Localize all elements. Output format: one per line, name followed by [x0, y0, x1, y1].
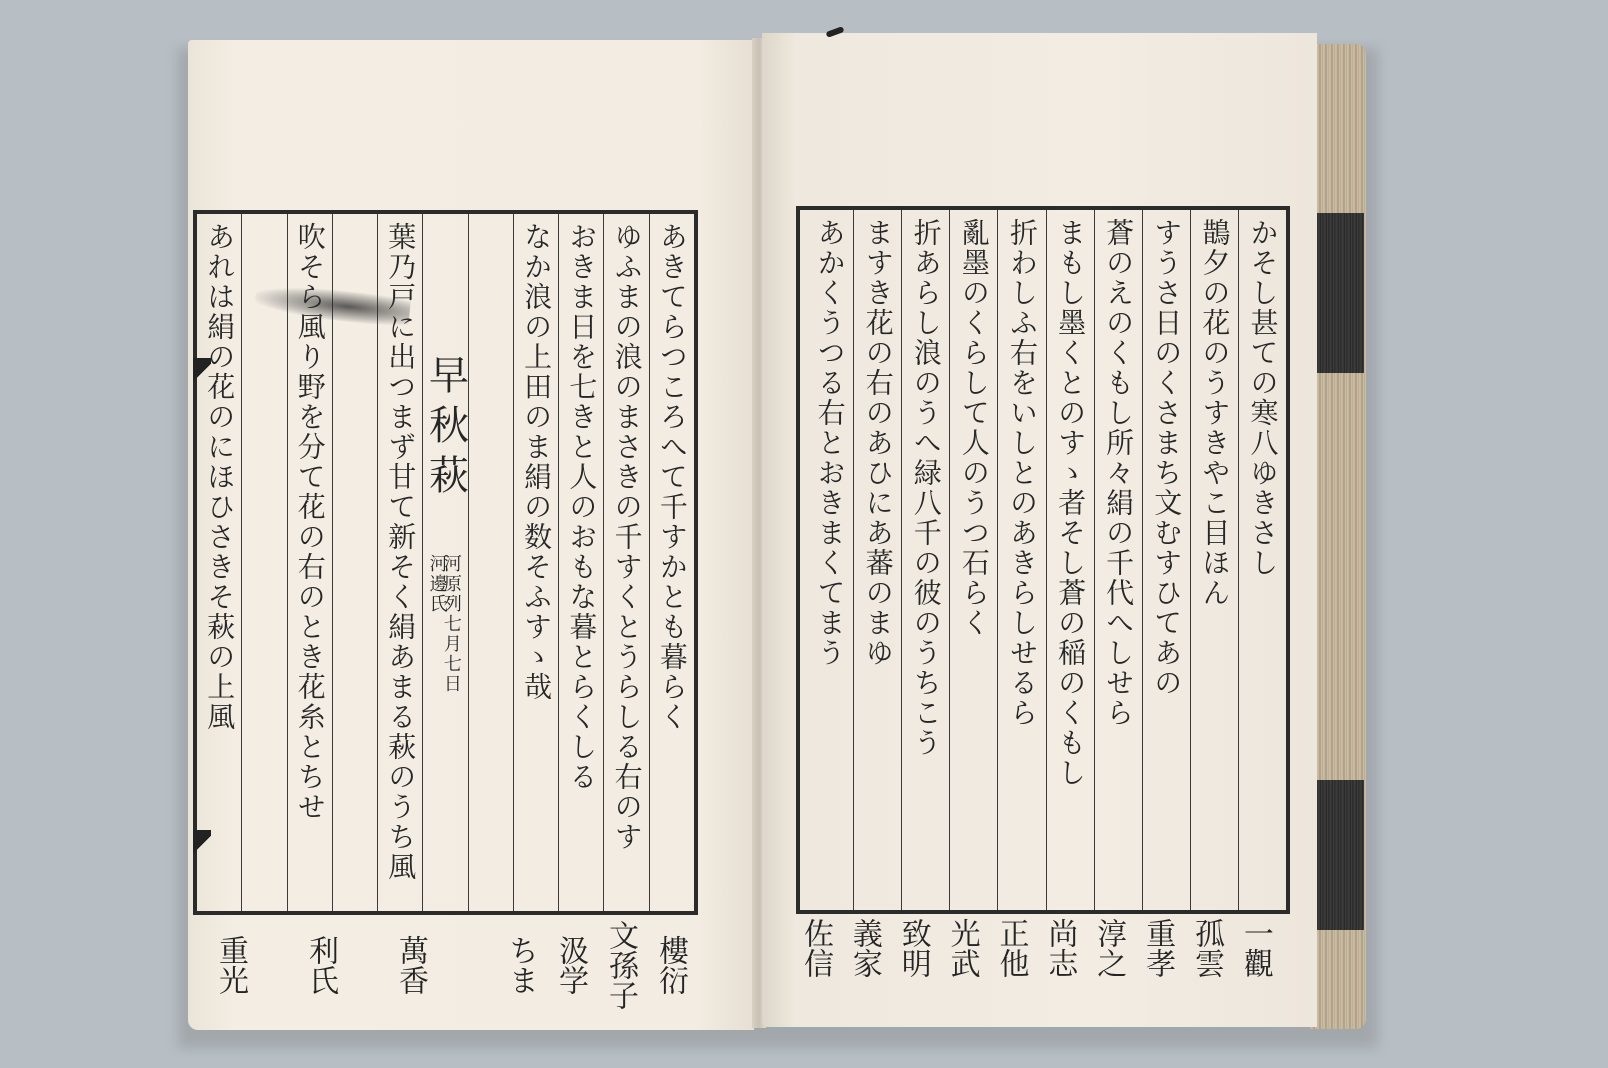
right-col-1: かそし甚ての寒八ゆきさし	[1238, 210, 1286, 910]
left-frame-notch	[193, 358, 211, 388]
left-frame-notch-bottom	[193, 830, 211, 860]
poem-subtitle-2: 河邊氏	[428, 554, 446, 614]
left-text-frame: あきてらつころへて千すかとも暮らく ゆふまの浪のまさきの千すくとうらしる右のす …	[193, 210, 698, 915]
left-col-3: おきま日を七きと人のおもな暮とらくしる	[558, 214, 603, 911]
right-col-2: 鵲夕の花のうすきやこ目ほん	[1190, 210, 1238, 910]
left-col-title: 早秋萩 河原列七月七日 河邊氏	[422, 214, 467, 911]
left-col-1: あきてらつころへて千すかとも暮らく	[649, 214, 694, 911]
right-col-6: 折わしふ右をいしとのあきらしせるら	[997, 210, 1045, 910]
right-col-7: 亂墨のくらして人のうつ石らく	[949, 210, 997, 910]
left-col-5	[468, 214, 513, 911]
left-col-2: ゆふまの浪のまさきの千すくとうらしる右のす	[603, 214, 648, 911]
right-col-3: すうさ日のくさまち文むすひてあの	[1142, 210, 1190, 910]
right-col-9: ますき花の右のあひにあ蕃のまゆ	[853, 210, 901, 910]
left-signatures: 樓衍 文孫子 汲学 ちま 萬香 利氏 重光	[215, 920, 685, 1010]
right-text-frame: かそし甚ての寒八ゆきさし 鵲夕の花のうすきやこ目ほん すうさ日のくさまち文むすひ…	[796, 206, 1290, 914]
poem-title: 早秋萩	[426, 354, 466, 504]
right-col-4: 蒼のえのくもし所々絹の千代へしせら	[1094, 210, 1142, 910]
left-col-4: なか浪の上田のま絹の数そふすゝ哉	[513, 214, 558, 911]
left-col-11: あれは絹の花のにほひさきそ萩の上風	[197, 214, 241, 911]
right-col-10: あかくうつる右とおきまくてまう	[806, 210, 853, 910]
right-col-8: 折あらし浪のうへ緑八千の彼のうちこう	[901, 210, 949, 910]
right-col-5: まもし墨くとのすゝ者そし蒼の稲のくもし	[1046, 210, 1094, 910]
left-col-10	[241, 214, 286, 911]
right-signatures: 一觀 孤雲 重孝 淳之 尚志 正他 光武 致明 義家 佐信	[800, 918, 1270, 978]
